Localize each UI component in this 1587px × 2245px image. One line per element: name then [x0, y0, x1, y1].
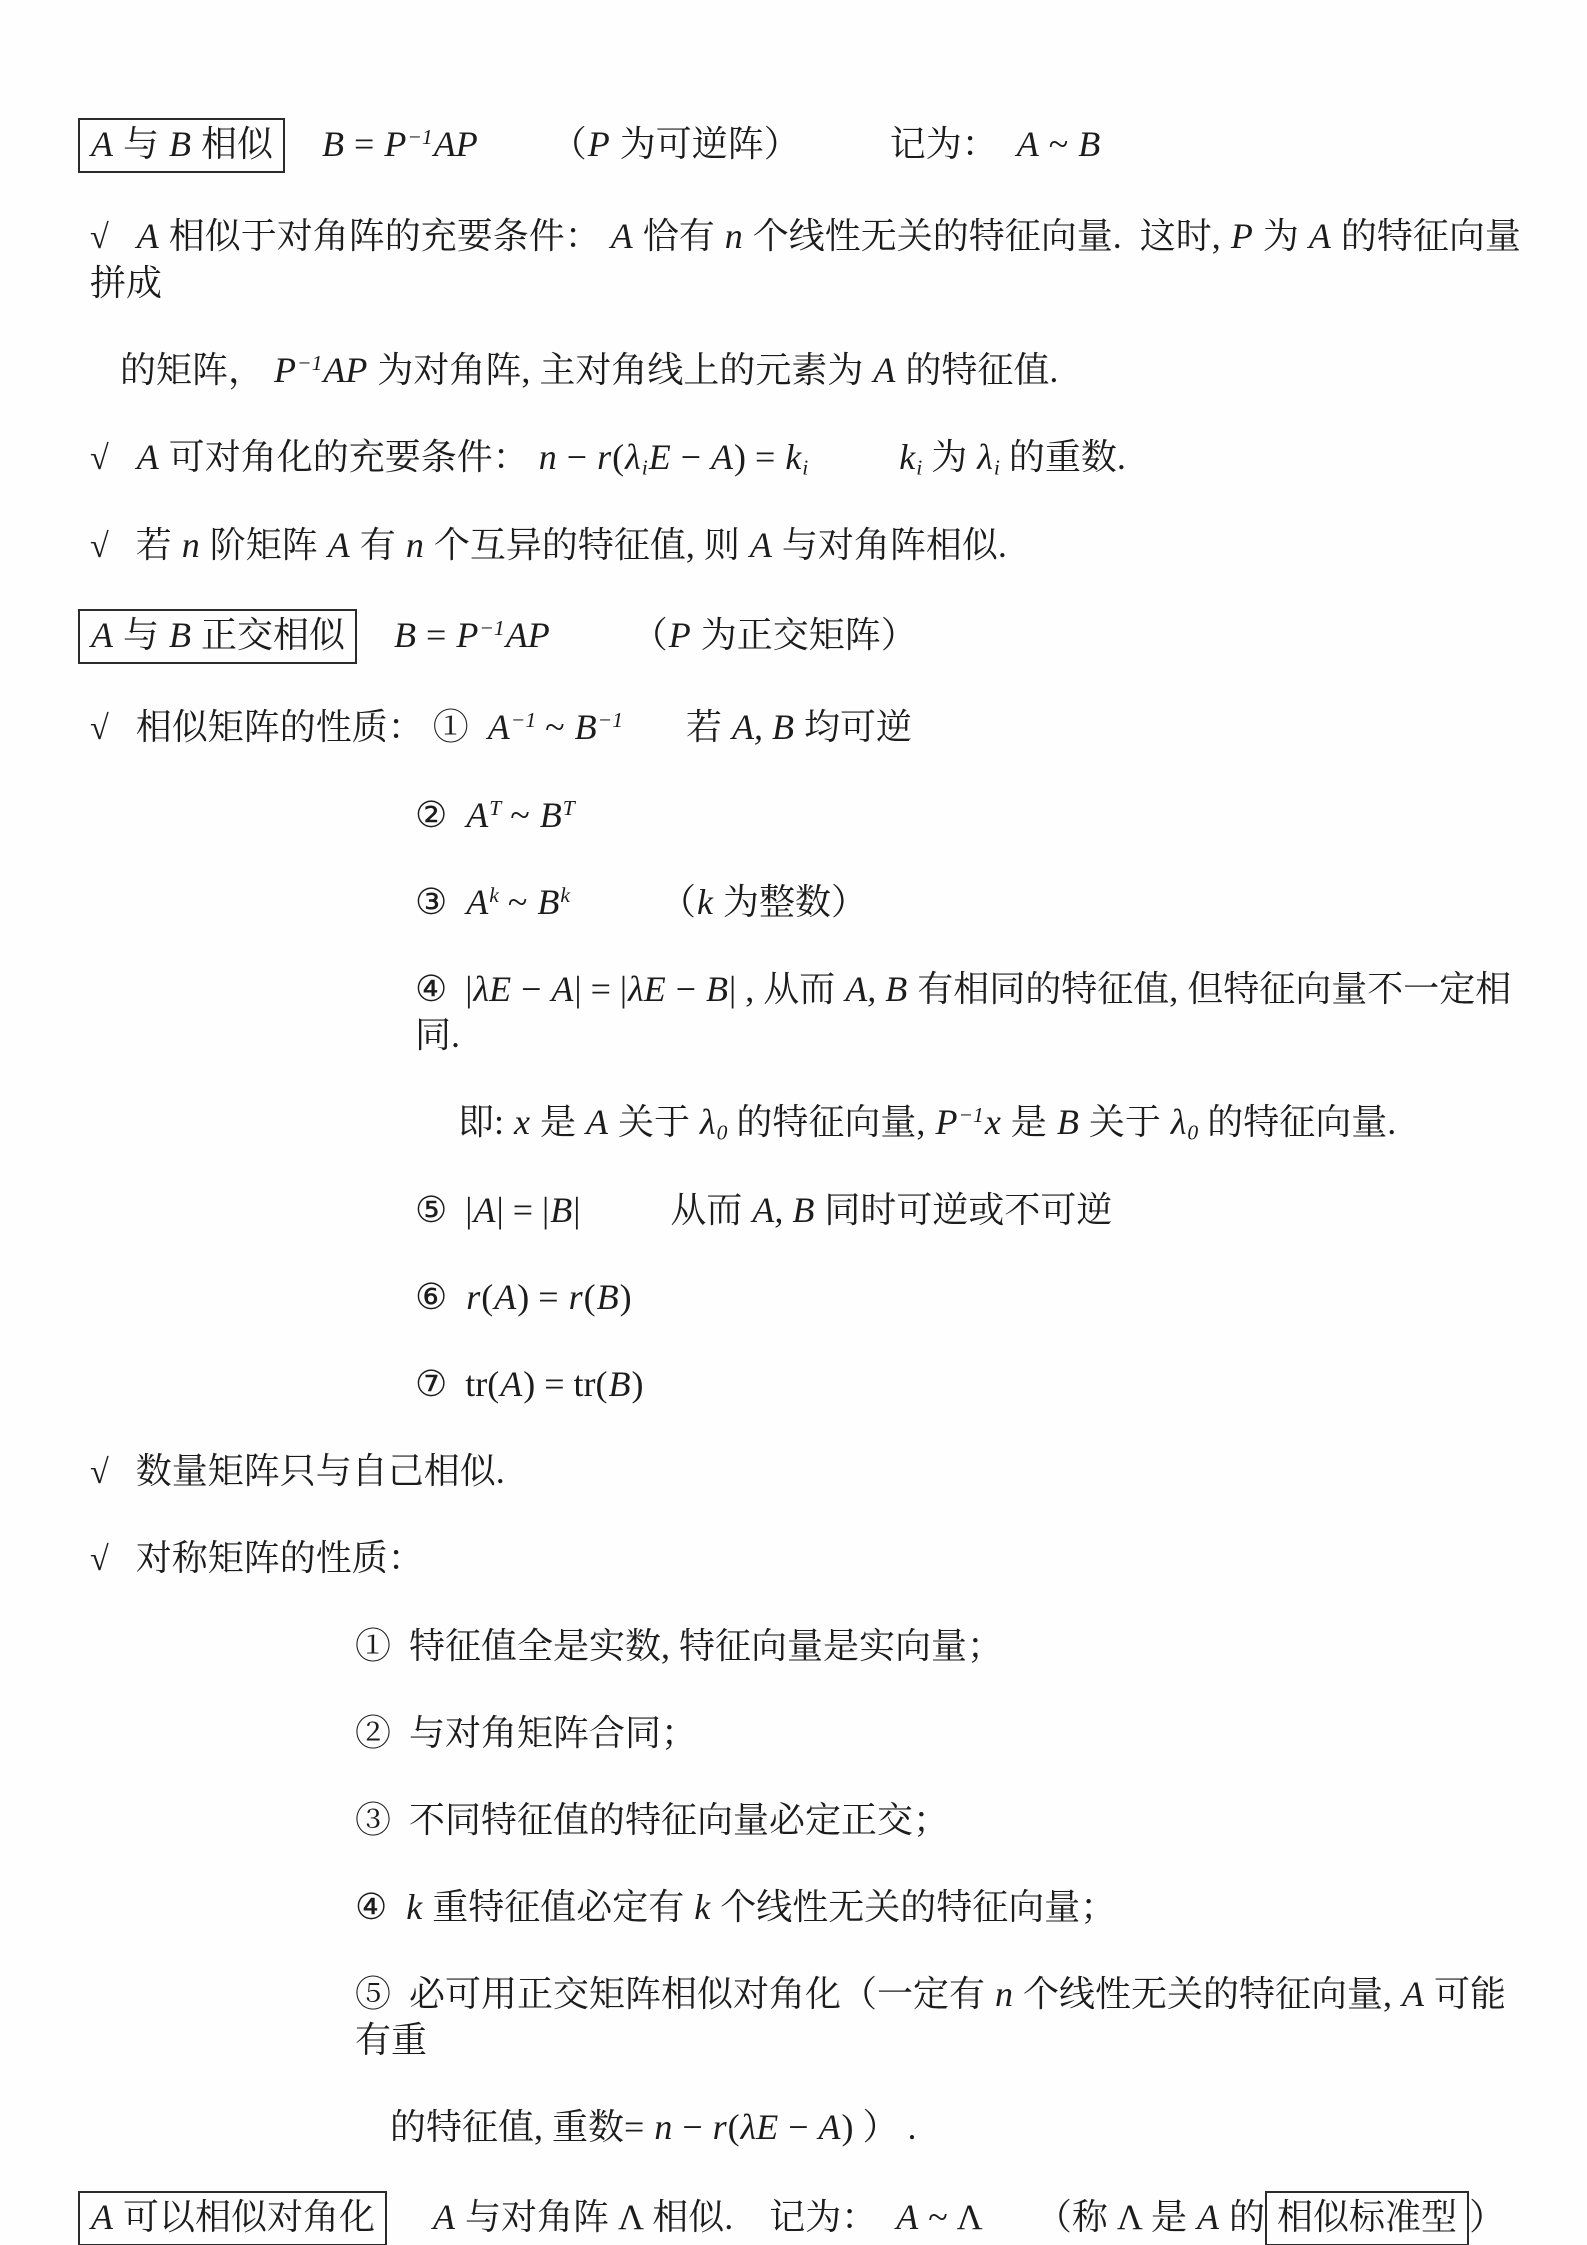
text-segment: B	[168, 615, 192, 655]
text-segment: ②	[415, 795, 465, 835]
check-bullet: √	[90, 1454, 109, 1491]
line-similar-properties-heading: √ 相似矩阵的性质： ① A−1 ~ B−1 若 A, B 均可逆	[90, 704, 1537, 751]
text-segment: )	[620, 1277, 632, 1317]
text-segment: （	[570, 882, 696, 922]
text-segment: r	[596, 437, 612, 477]
text-segment: i	[642, 456, 648, 480]
line-diagonalizable-criterion: √ A 可对角化的充要条件： n − r(λiE − A) = ki ki 为 …	[90, 434, 1537, 481]
text-segment: 个线性无关的特征向量. 这时,	[744, 216, 1230, 256]
text-segment: A	[493, 1277, 517, 1317]
line-property-trace: ⑦ tr(A) = tr(B)	[415, 1361, 1537, 1408]
text-segment: n	[724, 216, 744, 256]
line-property-charpoly: ④ |λE − A| = |λE − B| , 从而 A, B 有相同的特征值,…	[415, 966, 1537, 1060]
text-segment: −1	[958, 1103, 983, 1127]
text-segment: | , 从而	[729, 969, 844, 1009]
text-segment: λE	[472, 969, 512, 1009]
text-segment: A	[1401, 1974, 1425, 2014]
text-segment: 为	[1254, 216, 1308, 256]
text-segment: ⑦ tr(	[415, 1364, 499, 1404]
text-segment: −	[512, 969, 550, 1009]
text-segment: k	[784, 437, 802, 477]
line-symmetric-property-5: ⑤ 必可用正交矩阵相似对角化（一定有 n 个线性无关的特征向量, A 可能有重	[355, 1971, 1537, 2065]
text-segment: ② 与对角矩阵合同；	[355, 1713, 697, 1753]
line-property-power: ③ Ak ~ Bk （k 为整数）	[415, 879, 1537, 926]
text-segment: r	[712, 2107, 728, 2147]
text-segment: A	[90, 124, 114, 164]
text-segment: 是	[531, 1102, 585, 1142]
boxed-term: A 与 B 相似	[78, 118, 285, 173]
text-segment: B	[1056, 1102, 1080, 1142]
text-segment	[387, 2197, 432, 2237]
text-segment: T	[563, 796, 575, 820]
text-segment: A	[136, 437, 160, 477]
text-segment: −1	[479, 616, 504, 640]
text-segment: B	[393, 615, 417, 655]
text-segment	[808, 437, 898, 477]
text-segment: λE	[740, 2107, 780, 2147]
text-segment: P	[587, 124, 611, 164]
text-segment: λ	[699, 1102, 717, 1142]
text-segment: k	[693, 1887, 711, 1927]
text-segment: B	[168, 124, 192, 164]
text-segment: 对称矩阵的性质：	[109, 1538, 424, 1578]
text-segment: n	[405, 525, 425, 565]
text-segment: A	[585, 1102, 609, 1142]
text-segment: k	[898, 437, 916, 477]
text-segment: 可对角化的充要条件：	[160, 437, 538, 477]
text-segment: r	[465, 1277, 481, 1317]
text-segment: 同时可逆或不可逆	[815, 1190, 1112, 1230]
text-segment: AP	[433, 124, 479, 164]
text-segment: A	[710, 437, 734, 477]
boxed-term: 相似标准型	[1265, 2191, 1469, 2245]
text-segment: 关于	[609, 1102, 699, 1142]
text-segment: A	[90, 2197, 114, 2237]
line-distinct-eigenvalues: √ 若 n 阶矩阵 A 有 n 个互异的特征值, 则 A 与对角阵相似.	[90, 522, 1537, 569]
text-segment: （	[479, 124, 587, 164]
check-bullet: √	[90, 528, 109, 565]
line-property-transpose: ② AT ~ BT	[415, 792, 1537, 839]
text-segment: k	[405, 1887, 423, 1927]
text-segment: B	[321, 124, 345, 164]
text-segment: −	[672, 437, 710, 477]
text-segment: A	[465, 882, 489, 922]
document-page: A 与 B 相似 B = P−1AP （P 为可逆阵） 记为： A ~ B√ A…	[0, 0, 1587, 2245]
text-segment: ~	[499, 882, 536, 922]
text-segment: ③ 不同特征值的特征向量必定正交；	[355, 1800, 949, 1840]
text-segment: A	[818, 2107, 842, 2147]
text-segment: 若	[109, 525, 181, 565]
text-segment: 个线性无关的特征向量,	[1014, 1974, 1401, 2014]
text-segment: 数量矩阵只与自己相似.	[109, 1451, 505, 1491]
text-segment	[285, 124, 321, 164]
text-segment: ) ） .	[842, 2107, 917, 2147]
text-segment: ⑤ 必可用正交矩阵相似对角化（一定有	[355, 1974, 994, 2014]
text-segment: 为	[922, 437, 976, 477]
text-segment: 与	[114, 615, 168, 655]
text-segment: n	[181, 525, 201, 565]
text-segment: | = |	[496, 1190, 549, 1230]
text-segment: −	[558, 437, 596, 477]
text-segment: AP	[505, 615, 551, 655]
text-segment: (	[481, 1277, 493, 1317]
text-segment: ) = tr(	[523, 1364, 607, 1404]
line-orthogonal-similar-definition: A 与 B 正交相似 B = P−1AP （P 为正交矩阵）	[78, 609, 1537, 664]
text-segment: 的特征值, 重数=	[390, 2107, 653, 2147]
text-segment: 个线性无关的特征向量；	[711, 1887, 1116, 1927]
line-symmetric-property-3: ③ 不同特征值的特征向量必定正交；	[355, 1797, 1537, 1844]
boxed-term: A 可以相似对角化	[78, 2191, 387, 2245]
text-segment: −1	[407, 125, 432, 149]
text-segment: 0	[1187, 1121, 1198, 1145]
text-segment: 相似	[192, 124, 273, 164]
text-segment: 为整数）	[714, 882, 867, 922]
text-segment: A	[749, 525, 773, 565]
line-symmetric-property-2: ② 与对角矩阵合同；	[355, 1710, 1537, 1757]
text-segment: x	[513, 1102, 531, 1142]
text-segment: B	[608, 1364, 632, 1404]
text-segment: ）	[1469, 2197, 1505, 2237]
text-segment: −1	[511, 708, 536, 732]
text-segment: 的重数.	[1000, 437, 1126, 477]
text-segment: n	[538, 437, 558, 477]
text-segment: (	[728, 2107, 740, 2147]
text-segment: 的特征值.	[896, 350, 1058, 390]
text-segment: B	[705, 969, 729, 1009]
text-segment: 是	[1002, 1102, 1056, 1142]
text-segment: 的	[1220, 2197, 1265, 2237]
text-segment: −1	[598, 708, 623, 732]
text-segment: 即:	[458, 1102, 513, 1142]
line-symmetric-property-4: ④ k 重特征值必定有 k 个线性无关的特征向量；	[355, 1884, 1537, 1931]
text-segment: ) =	[517, 1277, 567, 1317]
line-diagonal-similar-condition-cont: 的矩阵， P−1AP 为对角阵, 主对角线上的元素为 A 的特征值.	[120, 347, 1537, 394]
boxed-term: A 与 B 正交相似	[78, 609, 357, 664]
check-bullet: √	[90, 219, 109, 256]
text-segment: ~ Λ （称 Λ 是	[919, 2197, 1196, 2237]
document-lines: A 与 B 相似 B = P−1AP （P 为可逆阵） 记为： A ~ B√ A…	[85, 118, 1537, 2245]
text-segment: | 从而	[573, 1190, 751, 1230]
text-segment: x	[984, 1102, 1002, 1142]
text-segment: B	[549, 1190, 573, 1230]
text-segment: A	[550, 969, 574, 1009]
line-property-determinant: ⑤ |A| = |B| 从而 A, B 同时可逆或不可逆	[415, 1187, 1537, 1234]
text-segment: 若	[623, 707, 731, 747]
text-segment: 的特征向量,	[727, 1102, 934, 1142]
text-segment: P	[1230, 216, 1254, 256]
text-segment: P	[668, 615, 692, 655]
text-segment: B	[574, 707, 598, 747]
text-segment: ~	[501, 795, 538, 835]
text-segment: A	[432, 2197, 456, 2237]
text-segment: 恰有	[634, 216, 724, 256]
text-segment: 个互异的特征值, 则	[425, 525, 749, 565]
text-segment: r	[568, 1277, 584, 1317]
text-segment: A	[1196, 2197, 1220, 2237]
check-bullet: √	[90, 1541, 109, 1578]
text-segment: (	[584, 1277, 596, 1317]
text-segment: λ	[976, 437, 994, 477]
text-segment: B	[536, 882, 560, 922]
text-segment: ③	[415, 882, 465, 922]
text-segment: A	[895, 2197, 919, 2237]
text-segment: 相似标准型	[1277, 2197, 1457, 2237]
text-segment: 相似矩阵的性质： ①	[109, 707, 487, 747]
text-segment: −	[667, 969, 705, 1009]
text-segment: 为对角阵, 主对角线上的元素为	[368, 350, 872, 390]
text-segment: 0	[717, 1121, 728, 1145]
line-symmetric-property-1: ① 特征值全是实数, 特征向量是实向量；	[355, 1623, 1537, 1670]
text-segment: A	[499, 1364, 523, 1404]
text-segment: B	[1077, 124, 1101, 164]
text-segment: A	[465, 795, 489, 835]
text-segment: 与对角阵 Λ 相似. 记为：	[456, 2197, 895, 2237]
text-segment: k	[489, 883, 499, 907]
text-segment: 有	[351, 525, 405, 565]
text-segment: ④ |	[415, 969, 472, 1009]
text-segment: −1	[297, 351, 322, 375]
text-segment: P	[455, 615, 479, 655]
line-similar-standard-form: A 可以相似对角化 A 与对角阵 Λ 相似. 记为： A ~ Λ （称 Λ 是 …	[78, 2191, 1537, 2245]
text-segment	[109, 437, 136, 477]
text-segment: ~	[1040, 124, 1077, 164]
text-segment: −	[673, 2107, 711, 2147]
line-symmetric-property-5-cont: 的特征值, 重数= n − r(λE − A) ） .	[390, 2104, 1537, 2151]
text-segment: λ	[1170, 1102, 1188, 1142]
text-segment: AP	[322, 350, 368, 390]
text-segment: T	[489, 796, 501, 820]
line-property-charpoly-note: 即: x 是 A 关于 λ0 的特征向量, P−1x 是 B 关于 λ0 的特征…	[458, 1099, 1537, 1146]
text-segment: 的特征向量.	[1198, 1102, 1396, 1142]
text-segment: 的矩阵，	[120, 350, 273, 390]
text-segment: A	[1308, 216, 1332, 256]
text-segment: B	[539, 795, 563, 835]
text-segment: A	[1016, 124, 1040, 164]
text-segment: A, B	[731, 707, 795, 747]
text-segment: A	[327, 525, 351, 565]
text-segment: | = |	[574, 969, 627, 1009]
text-segment: ) =	[734, 437, 784, 477]
text-segment: (	[612, 437, 624, 477]
text-segment: 阶矩阵	[201, 525, 327, 565]
text-segment: 为可逆阵） 记为：	[611, 124, 1016, 164]
text-segment: （	[551, 615, 668, 655]
text-segment: P	[934, 1102, 958, 1142]
text-segment: 可以相似对角化	[114, 2197, 375, 2237]
text-segment: 与对角阵相似.	[773, 525, 1007, 565]
text-segment: n	[994, 1974, 1014, 2014]
line-similar-definition: A 与 B 相似 B = P−1AP （P 为可逆阵） 记为： A ~ B	[78, 118, 1537, 173]
text-segment: ⑤ |	[415, 1190, 472, 1230]
text-segment: P	[383, 124, 407, 164]
text-segment: B	[596, 1277, 620, 1317]
text-segment: 为正交矩阵）	[692, 615, 917, 655]
text-segment: ⑥	[415, 1277, 465, 1317]
text-segment: A	[872, 350, 896, 390]
text-segment: E	[648, 437, 672, 477]
text-segment	[357, 615, 393, 655]
text-segment	[109, 216, 136, 256]
check-bullet: √	[90, 440, 109, 477]
line-symmetric-properties-heading: √ 对称矩阵的性质：	[90, 1535, 1537, 1582]
text-segment: A	[136, 216, 160, 256]
text-segment: 均可逆	[795, 707, 912, 747]
text-segment: ④	[355, 1887, 405, 1927]
text-segment: 相似于对角阵的充要条件：	[160, 216, 610, 256]
text-segment: A, B	[751, 1190, 815, 1230]
text-segment: A	[610, 216, 634, 256]
text-segment: k	[696, 882, 714, 922]
text-segment: A	[487, 707, 511, 747]
text-segment: 重特征值必定有	[423, 1887, 693, 1927]
check-bullet: √	[90, 710, 109, 747]
text-segment: ① 特征值全是实数, 特征向量是实向量；	[355, 1626, 1003, 1666]
text-segment: =	[345, 124, 383, 164]
text-segment: P	[273, 350, 297, 390]
line-scalar-matrix: √ 数量矩阵只与自己相似.	[90, 1448, 1537, 1495]
text-segment: 关于	[1080, 1102, 1170, 1142]
text-segment: λ	[624, 437, 642, 477]
text-segment: −	[779, 2107, 817, 2147]
text-segment: A	[472, 1190, 496, 1230]
text-segment: λE	[627, 969, 667, 1009]
text-segment: ~	[536, 707, 573, 747]
text-segment: 与	[114, 124, 168, 164]
line-property-rank: ⑥ r(A) = r(B)	[415, 1274, 1537, 1321]
text-segment: =	[417, 615, 455, 655]
text-segment: A, B	[844, 969, 908, 1009]
text-segment: A	[90, 615, 114, 655]
text-segment: k	[560, 883, 570, 907]
text-segment: )	[632, 1364, 644, 1404]
text-segment: 正交相似	[192, 615, 345, 655]
text-segment: n	[653, 2107, 673, 2147]
line-diagonal-similar-condition: √ A 相似于对角阵的充要条件： A 恰有 n 个线性无关的特征向量. 这时, …	[90, 213, 1537, 307]
